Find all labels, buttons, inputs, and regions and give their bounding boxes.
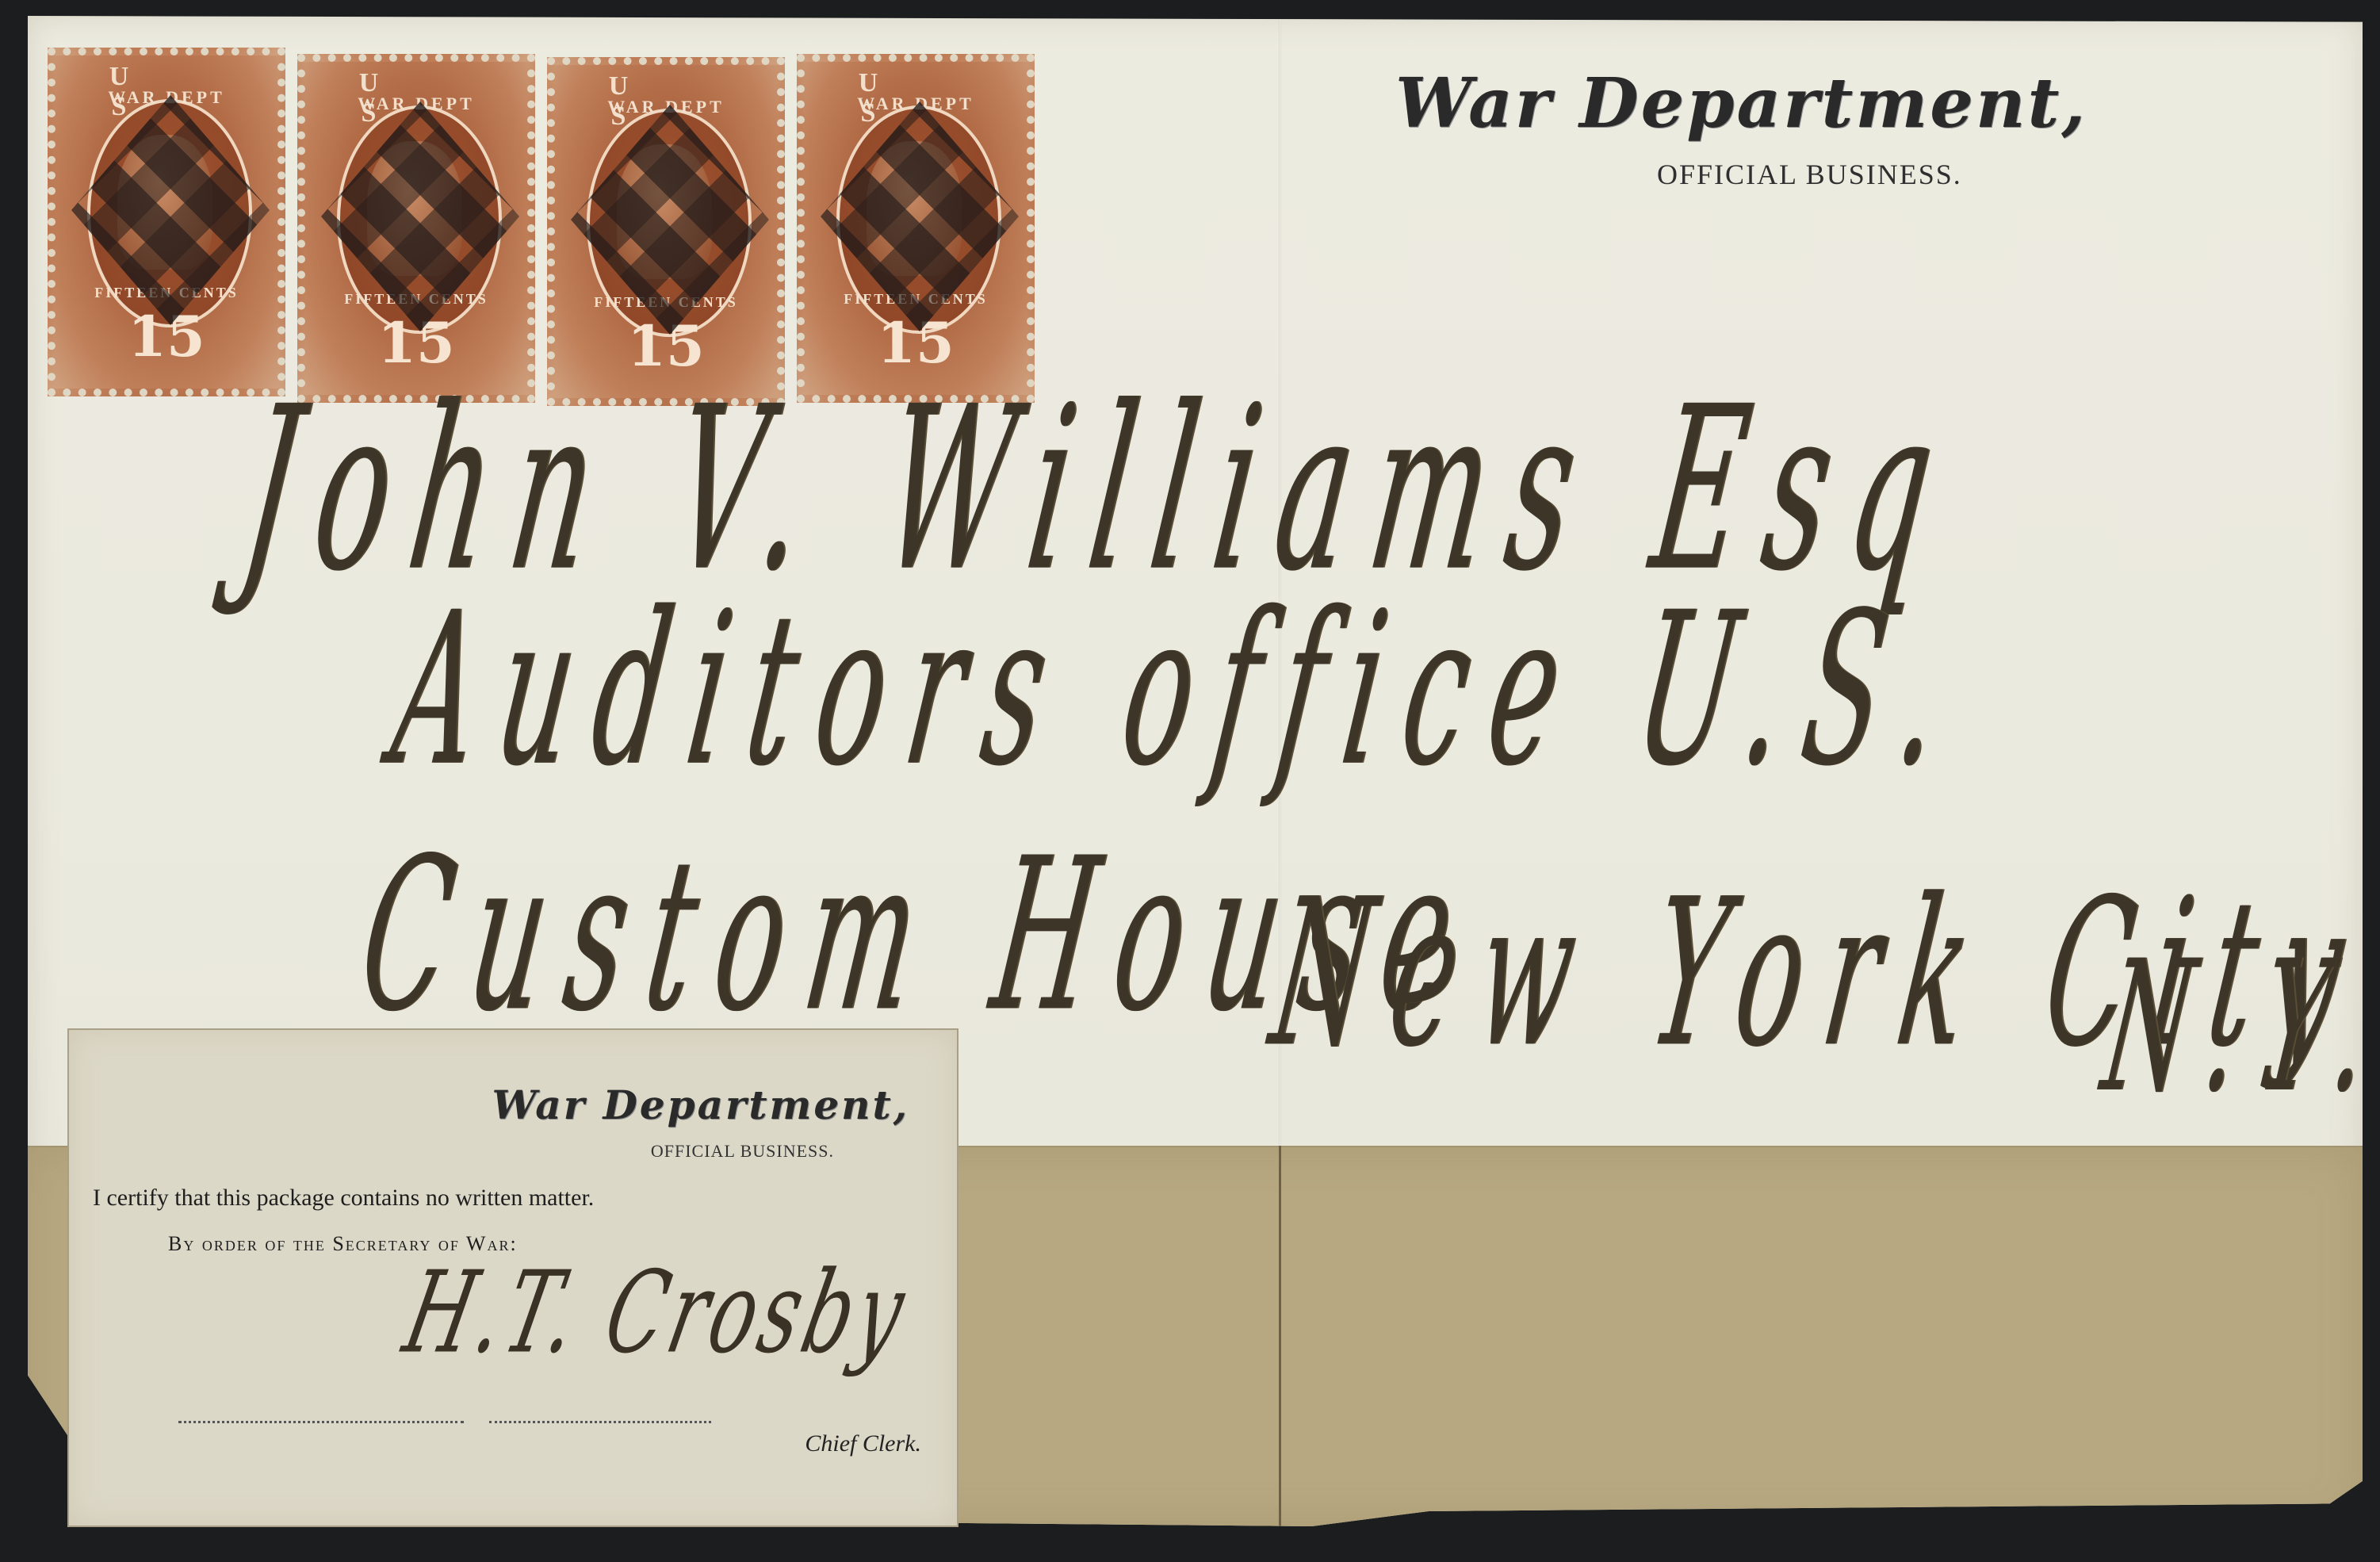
signature-line <box>489 1421 711 1423</box>
signature: H.T. Crosby <box>394 1248 920 1379</box>
signer-role: Chief Clerk. <box>805 1430 921 1457</box>
department-title: War Department, <box>1395 63 2087 144</box>
fold-tear <box>1279 1146 1281 1526</box>
signature-line <box>178 1421 464 1423</box>
official-business-label: OFFICIAL BUSINESS. <box>1657 158 2087 191</box>
address-line-state: N.Y. <box>2093 924 2380 1133</box>
stamp-3: U S WAR DEPT FIFTEEN CENTS 15 <box>547 57 785 406</box>
printed-corner-card: War Department, OFFICIAL BUSINESS. <box>1395 63 2087 191</box>
certification-text: I certify that this package contains no … <box>93 1185 594 1212</box>
label-official-business: OFFICIAL BUSINESS. <box>651 1141 834 1162</box>
stamp-4: U S WAR DEPT FIFTEEN CENTS 15 <box>797 54 1035 403</box>
stamp-2: U S WAR DEPT FIFTEEN CENTS 15 <box>297 54 535 403</box>
label-department-title: War Department, <box>492 1082 910 1128</box>
stamp-1: U S WAR DEPT FIFTEEN CENTS 15 <box>48 48 285 396</box>
certificate-label: War Department, OFFICIAL BUSINESS. I cer… <box>67 1028 959 1527</box>
